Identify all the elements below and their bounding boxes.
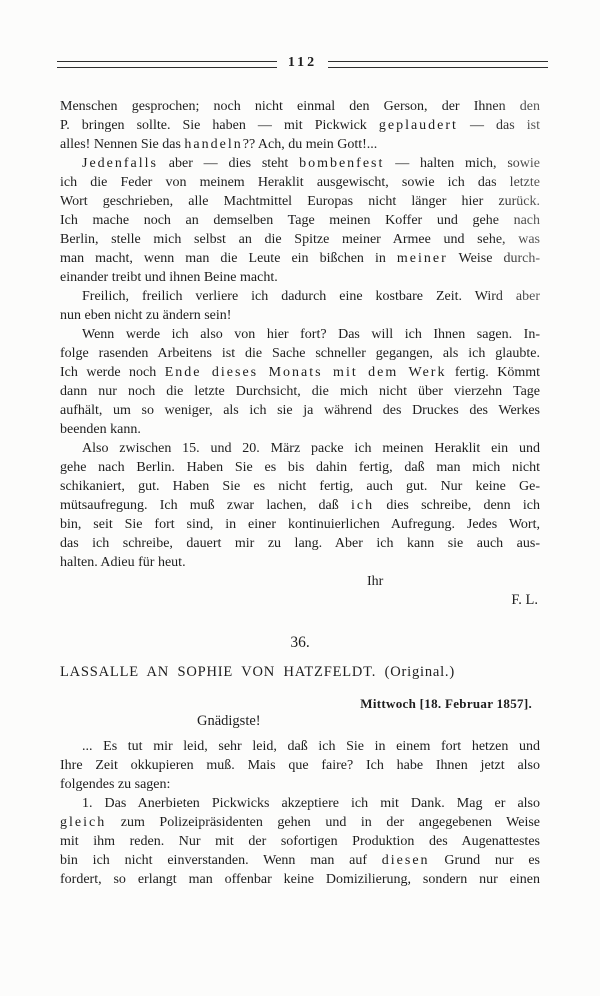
letterspaced-word: gleich (60, 815, 106, 830)
text-run: schikaniert, gut. Haben Sie es nicht fer… (60, 479, 540, 494)
text-line: beenden kann. (60, 420, 540, 439)
text-line: folge rasenden Arbeitens ist die Sache s… (60, 344, 540, 363)
text-run: ... Es tut mir leid, sehr leid, daß ich … (82, 739, 540, 754)
text-line: fordert, so erlangt man offenbar keine D… (60, 870, 540, 889)
text-run: Grund nur es (430, 853, 540, 868)
text-run: P. bringen sollte. Sie haben — mit Pickw… (60, 118, 379, 133)
text-line: bin ich nicht einverstanden. Wenn man au… (60, 851, 540, 870)
text-run: einander treibt und ihnen Beine macht. (60, 270, 278, 285)
text-run: aufhält, um so weniger, als ich sie ja w… (60, 403, 540, 418)
text-line: Ich werde noch Ende dieses Monats mit de… (60, 363, 540, 382)
letterspaced-word: Ende dieses Monats mit dem Werk (165, 365, 447, 380)
text-run: — das ist (458, 118, 540, 133)
text-line: bin, seit Sie fort sind, in einer kontin… (60, 515, 540, 534)
text-line: folgendes zu sagen: (60, 775, 540, 794)
text-run: man macht, wenn man die Leute ein bißche… (60, 251, 397, 266)
text-run: bin, seit Sie fort sind, in einer kontin… (60, 517, 540, 532)
letterspaced-word: bombenfest (299, 156, 384, 171)
text-line: Wenn werde ich also von hier fort? Das w… (60, 325, 540, 344)
header-rule-right (328, 61, 548, 68)
text-run: folge rasenden Arbeitens ist die Sache s… (60, 346, 540, 361)
text-run: Ich werde noch (60, 365, 165, 380)
text-line: gehe nach Berlin. Haben Sie es bis dahin… (60, 458, 540, 477)
text-line: Also zwischen 15. und 20. März packe ich… (60, 439, 540, 458)
text-line: mütsaufregung. Ich muß zwar lachen, daß … (60, 496, 540, 515)
text-run: beenden kann. (60, 422, 141, 437)
text-run: nun eben nicht zu ändern sein! (60, 308, 231, 323)
text-column: Menschen gesprochen; noch nicht einmal d… (60, 97, 540, 889)
text-run: 1. Das Anerbieten Pickwicks akzeptiere i… (82, 796, 540, 811)
text-line: aufhält, um so weniger, als ich sie ja w… (60, 401, 540, 420)
text-run: das ich schreibe, dauert mir zu lang. Ab… (60, 536, 540, 551)
page-number: 112 (284, 55, 321, 71)
text-line: nun eben nicht zu ändern sein! (60, 306, 540, 325)
text-run: Ich mache noch an demselben Tage meinen … (60, 213, 540, 228)
text-line: Ihre Zeit okkupieren muß. Mais que faire… (60, 756, 540, 775)
text-line: dann nur noch die letzte Durchsicht, die… (60, 382, 540, 401)
text-run: — halten mich, sowie (384, 156, 540, 171)
text-run: bin ich nicht einverstanden. Wenn man au… (60, 853, 382, 868)
text-run: zum Polizeipräsidenten gehen und in der … (106, 815, 540, 830)
letter-35-body: Menschen gesprochen; noch nicht einmal d… (60, 97, 540, 572)
text-run: dann nur noch die letzte Durchsicht, die… (60, 384, 540, 399)
text-run: fordert, so erlangt man offenbar keine D… (60, 872, 540, 887)
book-page: 112 Menschen gesprochen; noch nicht einm… (0, 0, 600, 996)
header-rule-left (57, 61, 277, 68)
text-line: 1. Das Anerbieten Pickwicks akzeptiere i… (60, 794, 540, 813)
signature-initials: F. L. (60, 591, 540, 610)
text-line: halten. Adieu für heut. (60, 553, 540, 572)
text-run: mit ihm reden. Nur mit der sofortigen Pr… (60, 834, 540, 849)
text-run: Ihre Zeit okkupieren muß. Mais que faire… (60, 758, 540, 773)
text-line: Wort geschrieben, alle Machtmittel Europ… (60, 192, 540, 211)
page-header: 112 (57, 56, 548, 72)
text-run: Berlin, stelle mich selbst an die Spitze… (60, 232, 540, 247)
letterspaced-word: geplaudert (379, 118, 458, 133)
text-line: schikaniert, gut. Haben Sie es nicht fer… (60, 477, 540, 496)
text-run: ich die Feder von meinem Heraklit ausgew… (60, 175, 540, 190)
text-line: das ich schreibe, dauert mir zu lang. Ab… (60, 534, 540, 553)
text-line: gleich zum Polizeipräsidenten gehen und … (60, 813, 540, 832)
text-line: einander treibt und ihnen Beine macht. (60, 268, 540, 287)
letter-salutation: Gnädigste! (60, 712, 540, 731)
text-run: dies schreibe, denn ich (374, 498, 540, 513)
text-run: Also zwischen 15. und 20. März packe ich… (82, 441, 540, 456)
text-run: ?? Ach, du mein Gott!... (243, 137, 378, 152)
text-line: Freilich, freilich verliere ich dadurch … (60, 287, 540, 306)
text-line: man macht, wenn man die Leute ein bißche… (60, 249, 540, 268)
text-line: mit ihm reden. Nur mit der sofortigen Pr… (60, 832, 540, 851)
text-run: Menschen gesprochen; noch nicht einmal d… (60, 99, 540, 114)
text-line: P. bringen sollte. Sie haben — mit Pickw… (60, 116, 540, 135)
text-line: Menschen gesprochen; noch nicht einmal d… (60, 97, 540, 116)
letterspaced-word: handeln (184, 137, 242, 152)
text-run: Wort geschrieben, alle Machtmittel Europ… (60, 194, 540, 209)
letterspaced-word: Jedenfalls (82, 156, 158, 171)
text-run: aber — dies steht (158, 156, 299, 171)
letter-heading: LASSALLE AN SOPHIE VON HATZFELDT. (Origi… (60, 662, 540, 682)
text-line: Jedenfalls aber — dies steht bombenfest … (60, 154, 540, 173)
text-run: alles! Nennen Sie das (60, 137, 184, 152)
letter-number: 36. (60, 633, 540, 653)
text-line: alles! Nennen Sie das handeln?? Ach, du … (60, 135, 540, 154)
letter-dateline: Mittwoch [18. Februar 1857]. (60, 695, 540, 712)
text-run: mütsaufregung. Ich muß zwar lachen, daß (60, 498, 351, 513)
letterspaced-word: ich (351, 498, 374, 513)
text-line: ... Es tut mir leid, sehr leid, daß ich … (60, 737, 540, 756)
text-line: Ich mache noch an demselben Tage meinen … (60, 211, 540, 230)
text-run: gehe nach Berlin. Haben Sie es bis dahin… (60, 460, 540, 475)
text-run: fertig. Kömmt (446, 365, 540, 380)
signature-closing: Ihr (60, 572, 540, 591)
text-run: folgendes zu sagen: (60, 777, 170, 792)
letterspaced-word: meiner (397, 251, 448, 266)
text-line: ich die Feder von meinem Heraklit ausgew… (60, 173, 540, 192)
text-run: Freilich, freilich verliere ich dadurch … (82, 289, 540, 304)
text-run: halten. Adieu für heut. (60, 555, 186, 570)
text-run: Weise durch- (448, 251, 540, 266)
text-run: Wenn werde ich also von hier fort? Das w… (82, 327, 540, 342)
letterspaced-word: diesen (382, 853, 430, 868)
letter-36-body: ... Es tut mir leid, sehr leid, daß ich … (60, 737, 540, 889)
text-line: Berlin, stelle mich selbst an die Spitze… (60, 230, 540, 249)
